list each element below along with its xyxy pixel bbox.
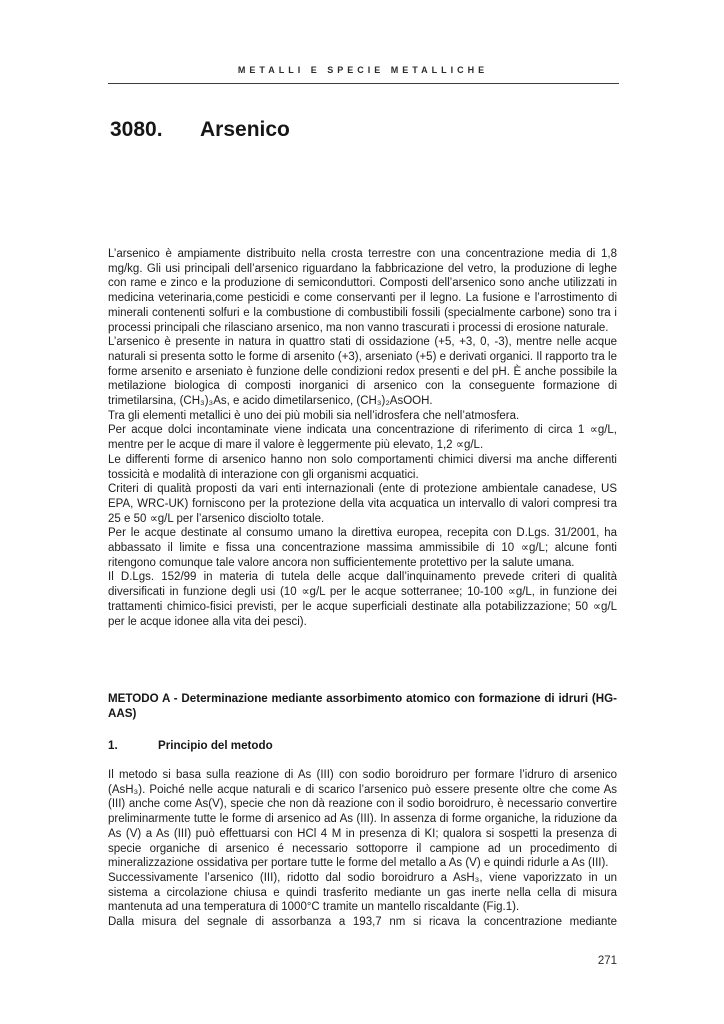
section-number: 1. (108, 739, 158, 752)
header-rule (108, 83, 619, 84)
intro-paragraph: Criteri di qualità proposti da vari enti… (108, 482, 617, 526)
page-number: 271 (598, 955, 617, 967)
running-header: METALLI E SPECIE METALLICHE (108, 65, 618, 75)
intro-paragraph: Per acque dolci incontaminate viene indi… (108, 423, 617, 452)
chapter-number: 3080. (110, 117, 200, 142)
intro-paragraph: Per le acque destinate al consumo umano … (108, 526, 617, 570)
method-paragraph: Il metodo si basa sulla reazione di As (… (108, 768, 617, 871)
intro-paragraph: L’arsenico è ampiamente distribuito nell… (108, 247, 617, 335)
intro-paragraph: Le differenti forme di arsenico hanno no… (108, 453, 617, 482)
method-a-heading: METODO A - Determinazione mediante assor… (108, 691, 617, 721)
method-paragraph: Dalla misura del segnale di assorbanza a… (108, 915, 617, 930)
section-title: Principio del metodo (158, 739, 273, 752)
chapter-name: Arsenico (200, 118, 290, 141)
document-page: METALLI E SPECIE METALLICHE 3080.Arsenic… (0, 0, 724, 1024)
intro-paragraph: Il D.Lgs. 152/99 in materia di tutela de… (108, 570, 617, 629)
method-a-text-block: Il metodo si basa sulla reazione di As (… (108, 768, 617, 930)
chapter-title: 3080.Arsenico (110, 117, 290, 142)
intro-paragraph: Tra gli elementi metallici è uno dei più… (108, 409, 617, 424)
method-paragraph: Successivamente l’arsenico (III), ridott… (108, 871, 617, 915)
intro-text-block: L’arsenico è ampiamente distribuito nell… (108, 247, 617, 629)
section-1-heading: 1.Principio del metodo (108, 739, 617, 752)
intro-paragraph: L’arsenico è presente in natura in quatt… (108, 335, 617, 409)
